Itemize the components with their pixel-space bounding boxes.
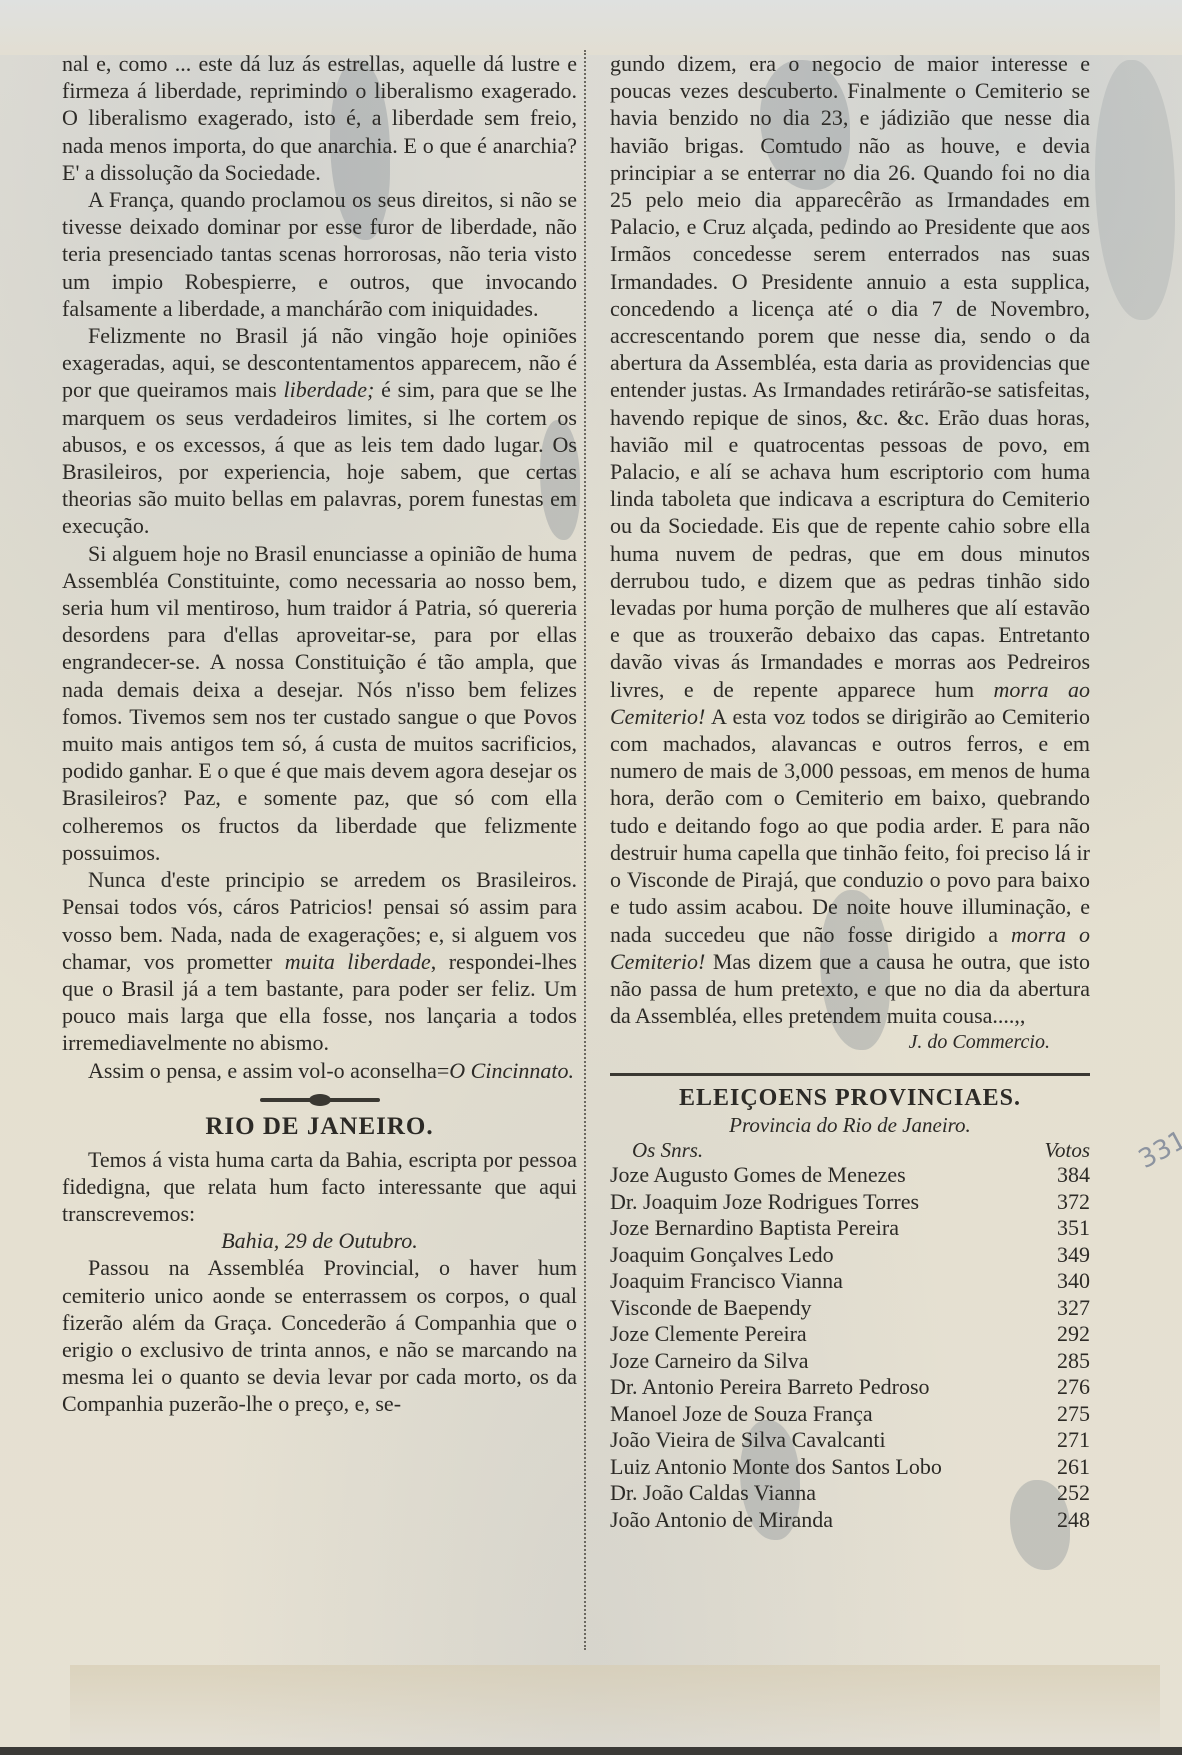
vote-row: Joaquim Francisco Vianna340 xyxy=(610,1268,1090,1295)
candidate-name: Dr. João Caldas Vianna xyxy=(610,1480,816,1507)
vote-row: João Antonio de Miranda248 xyxy=(610,1507,1090,1534)
election-title: ELEIÇOENS PROVINCIAES. xyxy=(610,1084,1090,1112)
vote-count: 351 xyxy=(1030,1215,1090,1242)
section-heading: RIO DE JANEIRO. xyxy=(62,1112,577,1142)
article-paragraph: Temos á vista huma carta da Bahia, escri… xyxy=(62,1146,577,1228)
page-edge xyxy=(0,1747,1182,1755)
vote-row: Joze Augusto Gomes de Menezes384 xyxy=(610,1162,1090,1189)
vote-count: 275 xyxy=(1030,1401,1090,1428)
dateline: Bahia, 29 de Outubro. xyxy=(62,1227,577,1254)
page-top-margin xyxy=(0,0,1182,55)
article-paragraph: nal e, como ... este dá luz ás estrellas… xyxy=(62,50,577,186)
vote-row: Luiz Antonio Monte dos Santos Lobo261 xyxy=(610,1454,1090,1481)
vote-count: 349 xyxy=(1030,1242,1090,1269)
candidate-name: Joze Clemente Pereira xyxy=(610,1321,807,1348)
newspaper-page: nal e, como ... este dá luz ás estrellas… xyxy=(0,0,1182,1755)
emphasis-text: liberdade; xyxy=(283,377,374,402)
candidate-name: Dr. Joaquim Joze Rodrigues Torres xyxy=(610,1189,919,1216)
ornamental-divider xyxy=(260,1098,380,1102)
vote-row: Visconde de Baependy327 xyxy=(610,1295,1090,1322)
article-paragraph: Nunca d'este principio se arredem os Bra… xyxy=(62,866,577,1056)
candidate-name: João Antonio de Miranda xyxy=(610,1507,833,1534)
candidate-name: Joze Bernardino Baptista Pereira xyxy=(610,1215,899,1242)
candidate-name: Joaquim Gonçalves Ledo xyxy=(610,1242,834,1269)
vote-row: Manoel Joze de Souza França275 xyxy=(610,1401,1090,1428)
source-attribution: J. do Commercio. xyxy=(610,1029,1090,1055)
election-header-row: Os Snrs. Votos xyxy=(610,1138,1090,1162)
column-header-votes: Votos xyxy=(1044,1138,1090,1162)
vote-count: 340 xyxy=(1030,1268,1090,1295)
water-stain xyxy=(1095,60,1175,320)
candidate-name: Joze Augusto Gomes de Menezes xyxy=(610,1162,906,1189)
candidate-name: João Vieira de Silva Cavalcanti xyxy=(610,1427,886,1454)
vote-row: Dr. Joaquim Joze Rodrigues Torres372 xyxy=(610,1189,1090,1216)
page-bottom-margin xyxy=(70,1665,1160,1747)
candidate-name: Dr. Antonio Pereira Barreto Pedroso xyxy=(610,1374,930,1401)
vote-count: 372 xyxy=(1030,1189,1090,1216)
election-subtitle: Provincia do Rio de Janeiro. xyxy=(610,1112,1090,1138)
horizontal-rule xyxy=(610,1073,1090,1076)
vote-count: 384 xyxy=(1030,1162,1090,1189)
election-results: ELEIÇOENS PROVINCIAES. Provincia do Rio … xyxy=(610,1084,1090,1533)
vote-row: Joze Bernardino Baptista Pereira351 xyxy=(610,1215,1090,1242)
author-name: O Cincinnato. xyxy=(449,1058,574,1083)
article-paragraph: A França, quando proclamou os seus direi… xyxy=(62,186,577,322)
candidate-name: Joze Carneiro da Silva xyxy=(610,1348,809,1375)
candidate-name: Joaquim Francisco Vianna xyxy=(610,1268,843,1295)
column-divider xyxy=(584,50,586,1650)
vote-count: 271 xyxy=(1030,1427,1090,1454)
vote-row: Joze Clemente Pereira292 xyxy=(610,1321,1090,1348)
vote-row: Joaquim Gonçalves Ledo349 xyxy=(610,1242,1090,1269)
vote-count: 327 xyxy=(1030,1295,1090,1322)
candidate-name: Luiz Antonio Monte dos Santos Lobo xyxy=(610,1454,942,1481)
vote-row: Dr. João Caldas Vianna252 xyxy=(610,1480,1090,1507)
vote-count: 252 xyxy=(1030,1480,1090,1507)
vote-count: 285 xyxy=(1030,1348,1090,1375)
article-signature: Assim o pensa, e assim vol-o aconselha=O… xyxy=(62,1057,577,1084)
vote-row: Dr. Antonio Pereira Barreto Pedroso276 xyxy=(610,1374,1090,1401)
left-column: nal e, como ... este dá luz ás estrellas… xyxy=(62,50,577,1418)
emphasis-text: muita liberdade xyxy=(285,949,431,974)
article-paragraph: Si alguem hoje no Brasil enunciasse a op… xyxy=(62,540,577,866)
candidate-name: Visconde de Baependy xyxy=(610,1295,812,1322)
vote-row: Joze Carneiro da Silva285 xyxy=(610,1348,1090,1375)
column-header-name: Os Snrs. xyxy=(632,1138,703,1162)
vote-row: João Vieira de Silva Cavalcanti271 xyxy=(610,1427,1090,1454)
candidate-name: Manoel Joze de Souza França xyxy=(610,1401,873,1428)
vote-count: 276 xyxy=(1030,1374,1090,1401)
vote-count: 261 xyxy=(1030,1454,1090,1481)
vote-count: 248 xyxy=(1030,1507,1090,1534)
right-column: gundo dizem, era o negocio de maior inte… xyxy=(610,50,1090,1533)
article-paragraph: Passou na Assembléa Provincial, o haver … xyxy=(62,1254,577,1417)
article-paragraph: gundo dizem, era o negocio de maior inte… xyxy=(610,50,1090,1029)
page-number-annotation: 331 xyxy=(1134,1125,1182,1175)
article-paragraph: Felizmente no Brasil já não vingão hoje … xyxy=(62,322,577,540)
vote-count: 292 xyxy=(1030,1321,1090,1348)
